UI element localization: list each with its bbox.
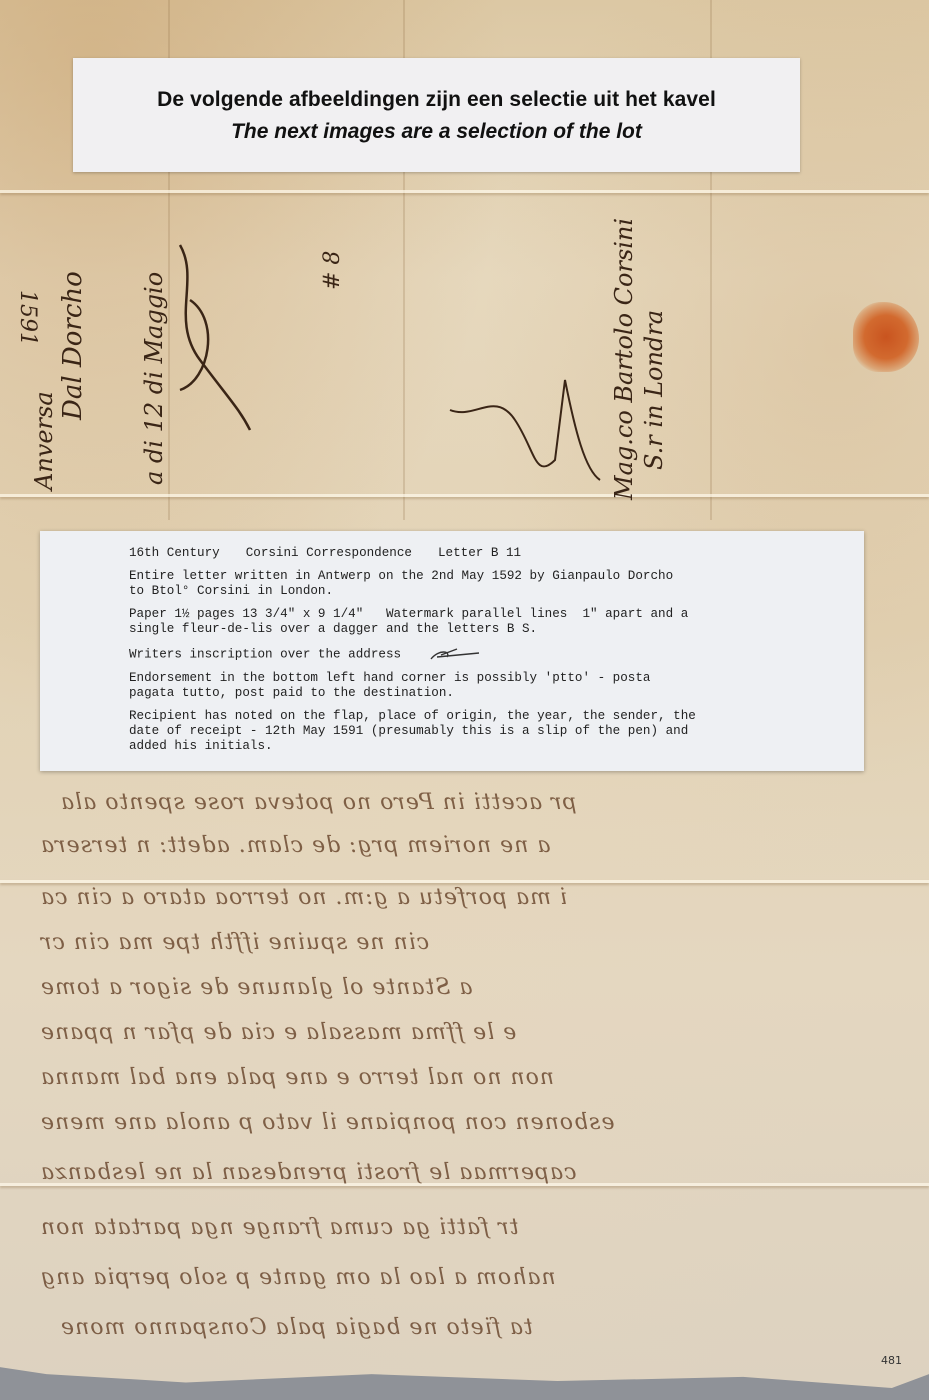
inscription-flourish-icon [427,645,483,663]
fold-line [0,190,929,193]
bleed-through-line: capermaa le frosti prendesan la ne lesba… [40,1160,576,1185]
card-paragraph-inscription: Writers inscription over the address [129,645,849,663]
card-paragraph-recipient: Recipient has noted on the flap, place o… [129,709,849,754]
card-paragraph-endorsement: Endorsement in the bottom left hand corn… [129,671,849,701]
wax-seal-remnant [853,302,919,372]
folio-number: 481 [881,1354,902,1367]
card-period: 16th Century [129,546,220,560]
fold-line [0,494,929,497]
address-line-2: S.r in Londra [640,310,668,470]
bleed-through-line: ta fieto ne bagia pala Conspanno mone [60,1315,533,1340]
bleed-through-line: non no nal terro e ane pala ena bal mann… [40,1065,554,1090]
card-paragraph-origin: Entire letter written in Antwerp on the … [129,569,849,599]
inscription-text: Writers inscription over the address [129,647,401,661]
card-header: 16th CenturyCorsini CorrespondenceLetter… [129,546,849,561]
address-flourish-icon [445,370,605,490]
bleed-through-line: pr acetti in Pero no poteva rose spento … [60,790,577,815]
bleed-through-line: a Stante ol glanune de sigor a tome [40,975,473,1000]
bleed-through-line: a ne noriem prg: de clam. adett: n terse… [40,833,550,858]
bleed-through-line: cin ne spuine iffth tpe ma cin cr [40,930,429,955]
card-collection: Corsini Correspondence [246,546,412,560]
docket-year: 1591 [15,290,40,346]
card-reference: Letter B 11 [438,546,521,560]
initials-flourish-icon [160,240,260,440]
description-card: 16th CenturyCorsini CorrespondenceLetter… [40,531,864,771]
card-paragraph-paper: Paper 1½ pages 13 3/4" x 9 1/4" Watermar… [129,607,849,637]
bleed-through-line: e le ffma massala e cia de pfar n ppane [40,1020,516,1045]
label-english: The next images are a selection of the l… [73,120,800,144]
lot-selection-label: De volgende afbeeldingen zijn een select… [73,58,800,172]
bleed-through-line: nahom a lao la om gante p solo perpia an… [40,1265,556,1290]
label-dutch: De volgende afbeeldingen zijn een select… [73,88,800,112]
docket-place: Anversa [30,391,58,490]
bleed-through-line: esbonen con ponpiane il vato p anola ane… [40,1110,614,1135]
bleed-through-line: tr fatti ga cuma frange nga partata non [40,1215,519,1240]
fold-line [0,880,929,883]
docket-sender: Dal Dorcho [58,271,88,420]
mark: # 8 [320,251,345,290]
address-line-1: Mag.co Bartolo Corsini [610,218,638,500]
bleed-through-line: i ma porfetu a g:m. no terroa ataro a ci… [40,885,567,910]
